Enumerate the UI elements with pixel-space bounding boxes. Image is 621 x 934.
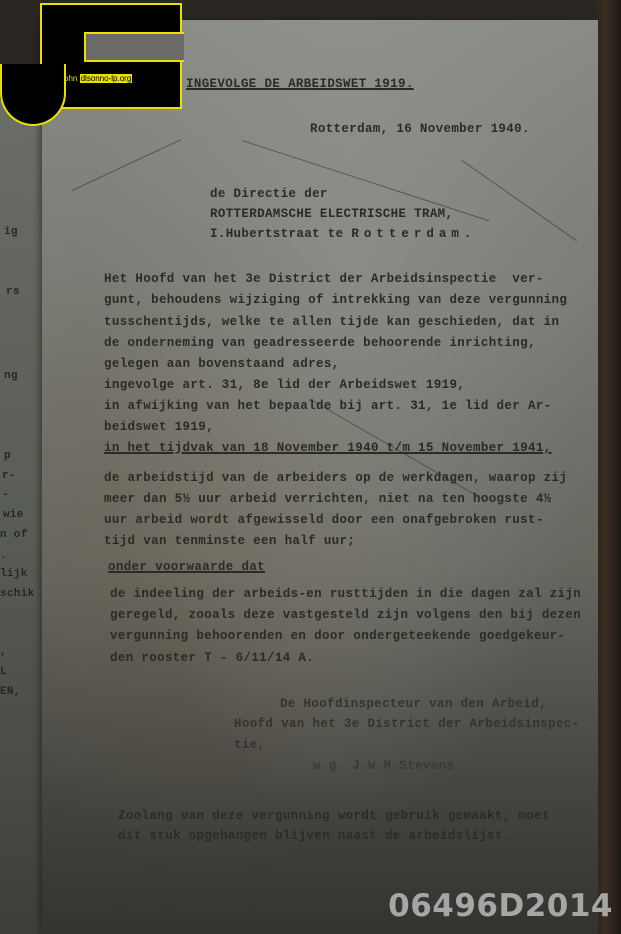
body-line: ingevolge art. 31, 8e lid der Arbeidswet… (104, 375, 465, 397)
paper-crease (462, 160, 577, 241)
back-page-fragment: n of (0, 529, 28, 541)
back-page-fragment: . (0, 550, 7, 562)
condition-heading: onder voorwaarde dat (108, 557, 265, 579)
addressee-city: Rotterdam. (351, 227, 476, 241)
condition-line: vergunning behoorenden en door ondergete… (110, 626, 565, 648)
body-line: gunt, behoudens wijziging of intrekking … (104, 290, 567, 312)
back-page-fragment: schik (0, 588, 35, 600)
body-line: gelegen aan bovenstaand adres, (104, 354, 340, 376)
body-line: in afwijking van het bepaalde bij art. 3… (104, 396, 552, 418)
image-id-watermark: 06496D2014 (388, 888, 613, 924)
signature-title: Hoofd van het 3e District der Arbeidsins… (234, 714, 579, 736)
logo-text: ohn dlsonno-lp.org (64, 74, 132, 83)
condition-line: de indeeling der arbeids-en rusttijden i… (110, 584, 581, 606)
signature-name: w.g. J.W.M.Stevens (313, 756, 454, 778)
body-line: de onderneming van geadresseerde behoore… (104, 333, 536, 355)
body-line: tusschentijds, welke te allen tijde kan … (104, 312, 559, 334)
body-line: beidswet 1919, (104, 417, 214, 439)
back-page-fragment: ig (4, 226, 18, 238)
back-page-fragment: EN, (0, 686, 21, 698)
back-page-fragment: , (0, 646, 7, 658)
signature-title: tie, (234, 735, 265, 757)
signature-title: De Hoofdinspecteur van den Arbeid, (280, 694, 547, 716)
condition-line: geregeld, zooals deze vastgesteld zijn v… (110, 605, 581, 627)
back-page-fragment: p (4, 450, 11, 462)
document-reference: 25.11.40/R (115, 902, 175, 913)
document-heading: INGEVOLGE DE ARBEIDSWET 1919. (186, 74, 414, 96)
period-line: in het tijdvak van 18 November 1940 t/m … (104, 438, 552, 460)
back-page-fragment: r- (2, 470, 16, 482)
addressee-line: de Directie der (210, 184, 328, 206)
work-line: tijd van tenminste een half uur; (104, 531, 355, 553)
back-page-fragment: L (0, 666, 7, 678)
paper-crease (72, 139, 181, 191)
site-logo: ohn dlsonno-lp.org (0, 0, 186, 130)
body-line: Het Hoofd van het 3e District der Arbeid… (104, 269, 544, 291)
footer-line: dit stuk opgehangen blijven naast de arb… (118, 826, 511, 848)
work-line: uur arbeid wordt afgewisseld door een on… (104, 510, 544, 532)
back-page-fragment: rs (6, 286, 20, 298)
back-page-fragment: wie (3, 509, 24, 521)
logo-e-notch (84, 32, 184, 62)
condition-line: den rooster T - 6/11/14 A. (110, 648, 314, 670)
addressee-line: ROTTERDAMSCHE ELECTRISCHE TRAM, (210, 204, 453, 226)
place-date: Rotterdam, 16 November 1940. (310, 119, 530, 141)
addressee-street: I.Hubertstraat te (210, 227, 351, 241)
addressee-line: I.Hubertstraat te Rotterdam. (210, 224, 476, 246)
footer-line: Zoolang van deze vergunning wordt gebrui… (118, 806, 550, 828)
back-page-fragment: - (2, 489, 9, 501)
back-page-fragment: lijk (0, 568, 28, 580)
logo-text-plain: ohn (64, 74, 77, 83)
work-line: de arbeidstijd van de arbeiders op de we… (104, 468, 567, 490)
back-page-fragment: ng (4, 370, 18, 382)
logo-letter-j (0, 64, 66, 126)
logo-text-url: dlsonno-lp.org (80, 74, 133, 83)
work-line: meer dan 5½ uur arbeid verrichten, niet … (104, 489, 552, 511)
frame-edge (596, 0, 621, 934)
